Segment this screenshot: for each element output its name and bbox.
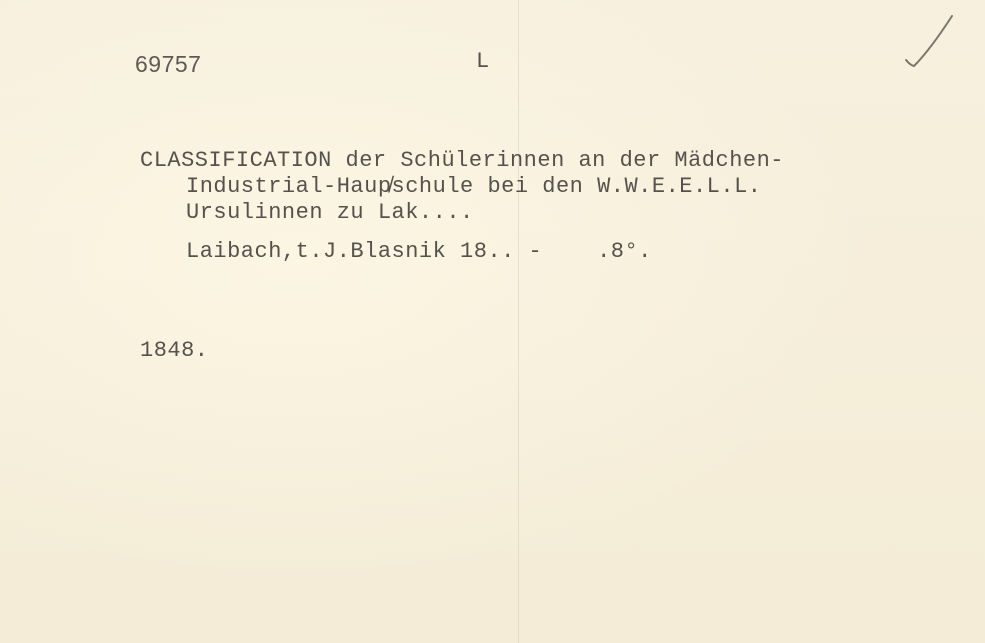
checkmark-icon (900, 10, 960, 70)
imprint-line: Laibach,t.J.Blasnik 18.. - .8°. (186, 241, 652, 263)
catalog-card: 69757 L CLASSIFICATION der Schülerinnen … (0, 0, 985, 643)
publication-year: 1848. (140, 340, 209, 362)
title-line-2: Industrial-Haup̸schule bei den W.W.E.E.L… (186, 176, 762, 198)
title-line-1: CLASSIFICATION der Schülerinnen an der M… (140, 150, 784, 172)
accession-number: 69757 (135, 53, 201, 76)
title-line-3: Ursulinnen zu Lak.... (186, 202, 474, 224)
shelf-letter: L (476, 51, 490, 73)
card-crease (518, 0, 519, 643)
